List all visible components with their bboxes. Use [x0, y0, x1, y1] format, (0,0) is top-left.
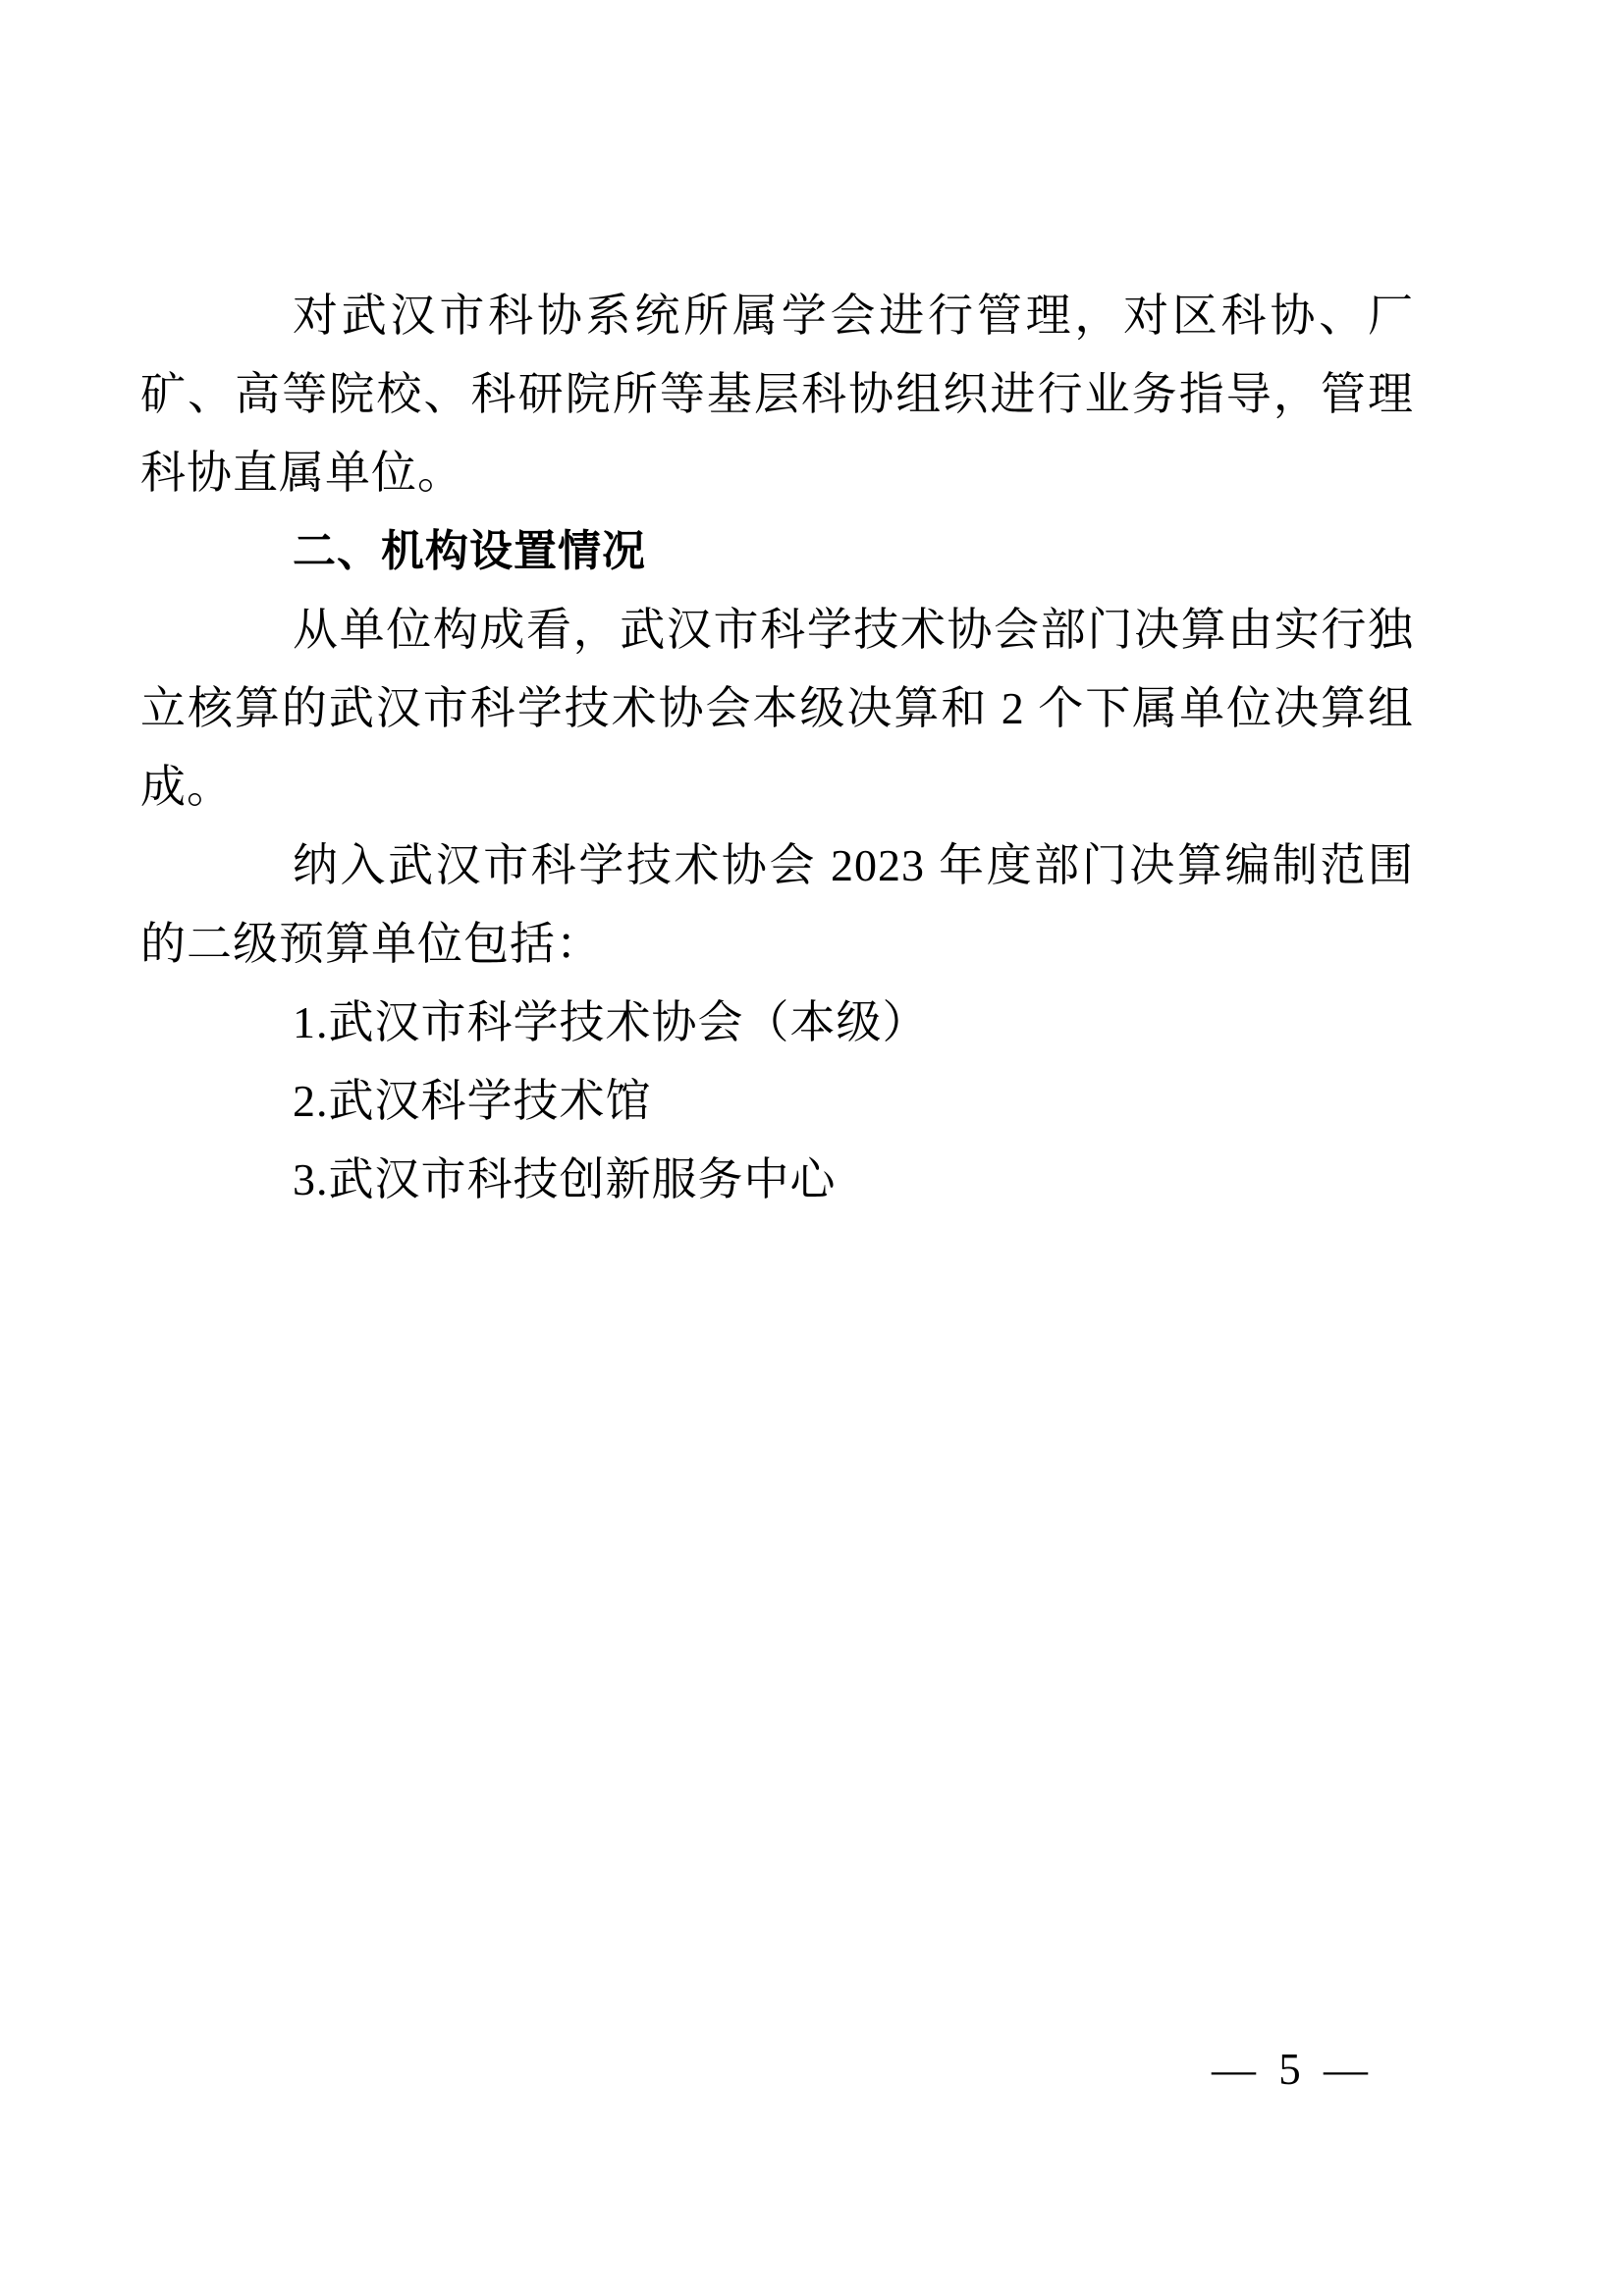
page-number: — 5 — [1212, 2040, 1374, 2099]
section-heading-organization-setup: 二、机构设置情况 [140, 512, 1414, 591]
list-item-1: 1.武汉市科学技术协会（本级） [140, 984, 1414, 1062]
document-body: 对武汉市科协系统所属学会进行管理，对区科协、厂矿、高等院校、科研院所等基层科协组… [140, 277, 1414, 1219]
paragraph-unit-composition: 从单位构成看，武汉市科学技术协会部门决算由实行独立核算的武汉市科学技术协会本级决… [140, 591, 1414, 827]
document-page: 对武汉市科协系统所属学会进行管理，对区科协、厂矿、高等院校、科研院所等基层科协组… [0, 0, 1624, 2296]
paragraph-management-duties: 对武汉市科协系统所属学会进行管理，对区科协、厂矿、高等院校、科研院所等基层科协组… [140, 277, 1414, 512]
list-item-2: 2.武汉科学技术馆 [140, 1062, 1414, 1141]
paragraph-budget-scope: 纳入武汉市科学技术协会 2023 年度部门决算编制范围的二级预算单位包括： [140, 827, 1414, 984]
list-item-3: 3.武汉市科技创新服务中心 [140, 1141, 1414, 1219]
